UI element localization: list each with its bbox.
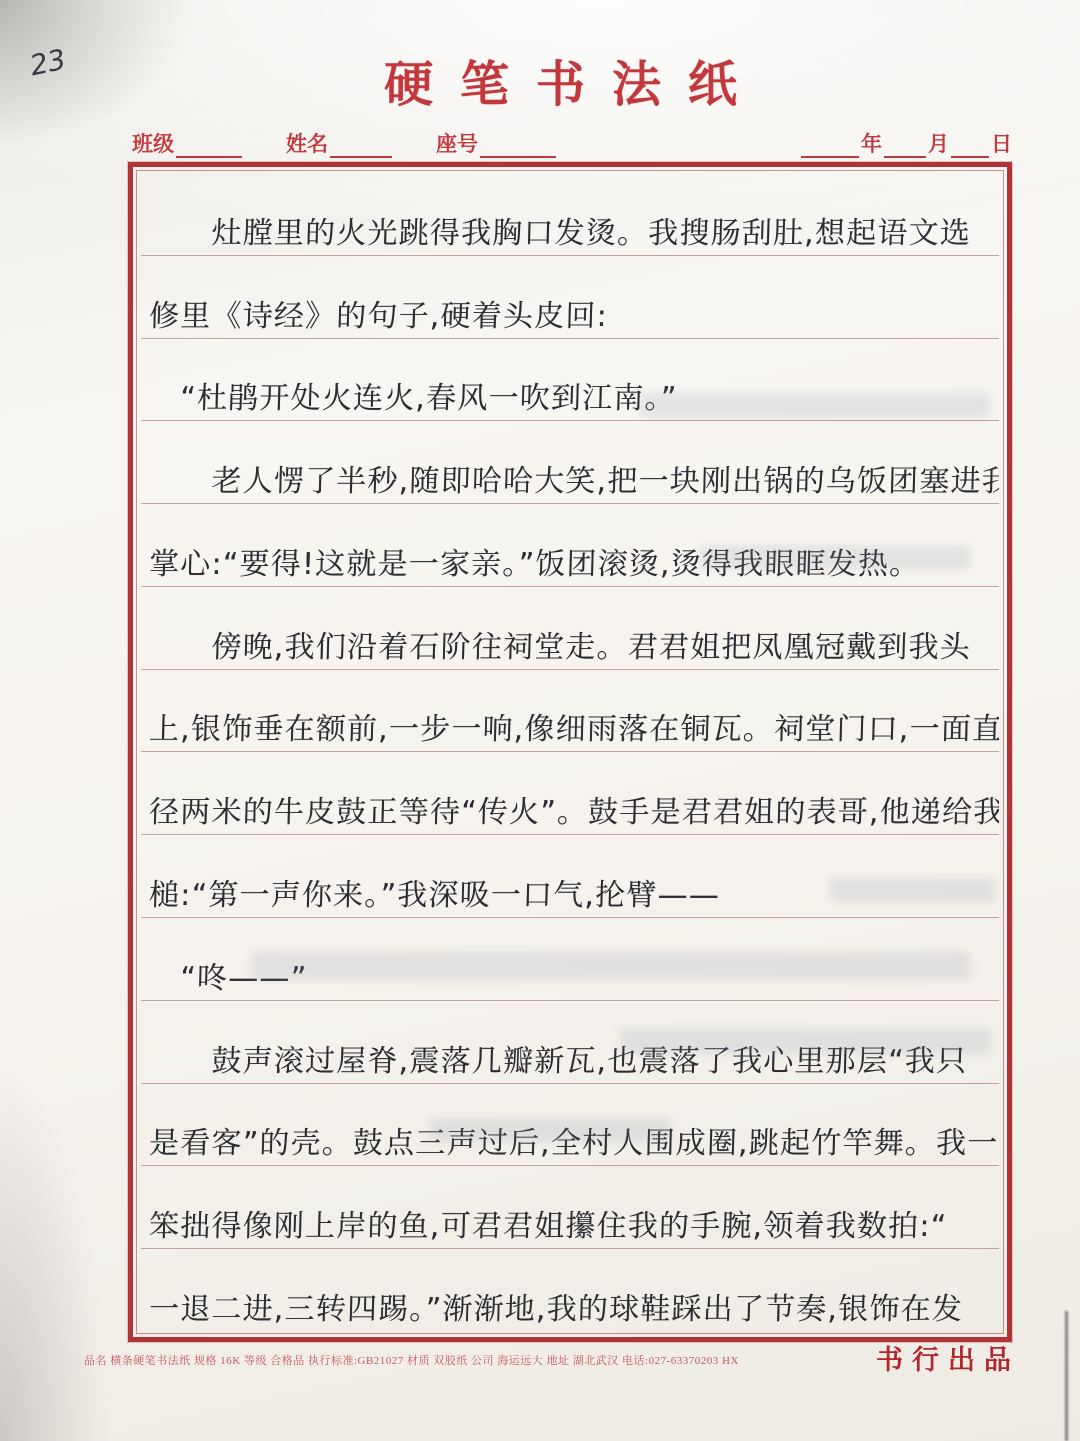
month-blank-line xyxy=(884,132,926,158)
handwritten-text: 灶膛里的火光跳得我胸口发烫。我搜肠刮肚,想起语文选 xyxy=(141,219,975,255)
handwritten-text: “杜鹃开处火连火,春风一吹到江南。” xyxy=(141,384,682,420)
name-label: 姓名 xyxy=(286,128,328,158)
handwritten-text: 鼓声滚过屋脊,震落几瓣新瓦,也震落了我心里那层“我只 xyxy=(141,1047,972,1083)
publisher-mark: 书行出品 xyxy=(876,1338,1020,1377)
essay-line: 槌:“第一声你来。”我深吸一口气,抡臂—— xyxy=(141,835,999,918)
essay-line: 是看客”的壳。鼓点三声过后,全村人围成圈,跳起竹竿舞。我一开始 xyxy=(141,1084,999,1167)
day-blank-line xyxy=(951,132,989,158)
essay-line: 上,银饰垂在额前,一步一响,像细雨落在铜瓦。祠堂门口,一面直 xyxy=(141,670,999,753)
handwritten-text: 笨拙得像刚上岸的鱼,可君君姐攥住我的手腕,领着我数拍:“ xyxy=(141,1212,952,1248)
writing-area-frame: 灶膛里的火光跳得我胸口发烫。我搜肠刮肚,想起语文选 修里《诗经》的句子,硬着头皮… xyxy=(128,162,1012,1342)
photo-edge-shadow xyxy=(1065,1311,1068,1441)
page-title: 硬笔书法纸 xyxy=(34,46,1080,116)
handwritten-text: 傍晚,我们沿着石阶往祠堂走。君君姐把凤凰冠戴到我头 xyxy=(141,633,975,669)
seat-blank-line xyxy=(480,132,556,158)
essay-line: 修里《诗经》的句子,硬着头皮回: xyxy=(141,256,999,339)
essay-line: 鼓声滚过屋脊,震落几瓣新瓦,也震落了我心里那层“我只 xyxy=(141,1001,999,1084)
handwritten-text: “咚——” xyxy=(141,964,312,1000)
header-fields-row: 班级 姓名 座号 年 月 日 xyxy=(132,124,1012,158)
calligraphy-paper-sheet: 23 硬笔书法纸 班级 姓名 座号 年 月 日 灶膛里的火光跳得我胸口发烫。我搜… xyxy=(0,0,1080,1441)
essay-line: 傍晚,我们沿着石阶往祠堂走。君君姐把凤凰冠戴到我头 xyxy=(141,587,999,670)
seat-label: 座号 xyxy=(436,128,478,158)
handwritten-text: 一退二进,三转四踢。”渐渐地,我的球鞋踩出了节奏,银饰在发 xyxy=(141,1295,967,1331)
class-label: 班级 xyxy=(132,128,174,158)
handwritten-text: 修里《诗经》的句子,硬着头皮回: xyxy=(141,302,612,338)
year-blank-line xyxy=(801,132,859,158)
essay-line: 一退二进,三转四踢。”渐渐地,我的球鞋踩出了节奏,银饰在发 xyxy=(141,1249,999,1331)
day-label: 日 xyxy=(991,128,1012,158)
handwritten-text: 上,银饰垂在额前,一步一响,像细雨落在铜瓦。祠堂门口,一面直 xyxy=(141,715,999,751)
handwritten-text: 老人愣了半秒,随即哈哈大笑,把一块刚出锅的乌饭团塞进我 xyxy=(141,467,999,503)
handwritten-text: 槌:“第一声你来。”我深吸一口气,抡臂—— xyxy=(141,881,724,917)
month-label: 月 xyxy=(928,128,949,158)
essay-line: 掌心:“要得!这就是一家亲。”饭团滚烫,烫得我眼眶发热。 xyxy=(141,504,999,587)
essay-line: “杜鹃开处火连火,春风一吹到江南。” xyxy=(141,339,999,422)
ruled-rows: 灶膛里的火光跳得我胸口发烫。我搜肠刮肚,想起语文选 修里《诗经》的句子,硬着头皮… xyxy=(141,173,999,1331)
name-blank-line xyxy=(330,132,392,158)
essay-line: 灶膛里的火光跳得我胸口发烫。我搜肠刮肚,想起语文选 xyxy=(141,173,999,256)
essay-line: “咚——” xyxy=(141,918,999,1001)
class-blank-line xyxy=(176,132,242,158)
year-label: 年 xyxy=(861,128,882,158)
handwritten-text: 掌心:“要得!这就是一家亲。”饭团滚烫,烫得我眼眶发热。 xyxy=(141,550,925,586)
essay-line: 笨拙得像刚上岸的鱼,可君君姐攥住我的手腕,领着我数拍:“ xyxy=(141,1166,999,1249)
essay-line: 径两米的牛皮鼓正等待“传火”。鼓手是君君姐的表哥,他递给我鼓 xyxy=(141,752,999,835)
handwritten-text: 径两米的牛皮鼓正等待“传火”。鼓手是君君姐的表哥,他递给我鼓 xyxy=(141,798,999,834)
handwritten-text: 是看客”的壳。鼓点三声过后,全村人围成圈,跳起竹竿舞。我一开始 xyxy=(141,1129,999,1165)
essay-line: 老人愣了半秒,随即哈哈大笑,把一块刚出锅的乌饭团塞进我 xyxy=(141,421,999,504)
product-print-info: 品名 横条硬笔书法纸 规格 16K 等级 合格品 执行标准:GB21027 材质… xyxy=(84,1352,739,1368)
